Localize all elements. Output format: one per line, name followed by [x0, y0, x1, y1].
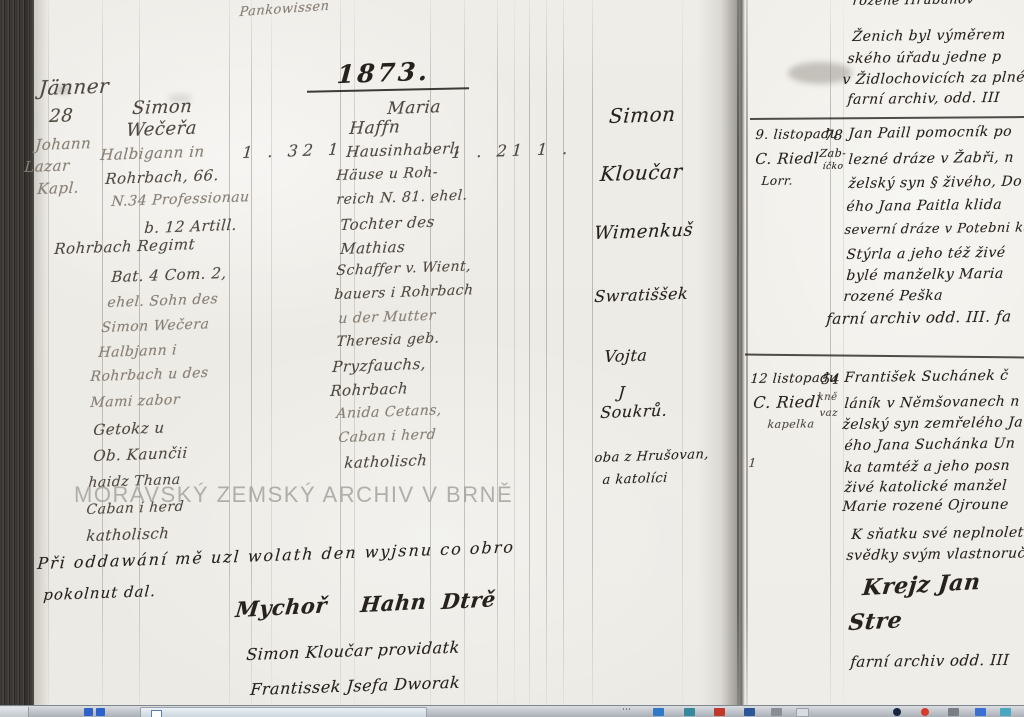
scanned-register-screenshot: Pankowissen 1873. Jänner 28 Johann Lazar…: [0, 0, 1024, 717]
tray-blue-icon[interactable]: [975, 708, 986, 716]
tray-circle-red-icon[interactable]: [921, 708, 929, 716]
open-window-task-button[interactable]: [140, 707, 427, 717]
tray-app-blue-icon[interactable]: [653, 708, 664, 716]
app-tile-icon: [84, 708, 93, 716]
entry-number: 54: [821, 372, 841, 388]
entry-text-line: ého Jana Suchánka Un: [844, 436, 1016, 454]
tray-app-red-icon[interactable]: [714, 708, 725, 716]
entry-text-line: želský syn zemřelého Ja: [842, 414, 1024, 433]
consent-line: svědky svým vlastnoručně: [846, 545, 1024, 564]
tray-circle-navy-icon[interactable]: [893, 708, 901, 716]
pinned-app-icon[interactable]: [84, 708, 108, 716]
margin-mark: 1: [748, 456, 757, 470]
archive-note: farní archiv odd. III: [850, 651, 1010, 671]
signature: Stre: [847, 607, 903, 636]
tray-gray-icon[interactable]: [948, 708, 959, 716]
taskbar-start-button[interactable]: [0, 707, 29, 717]
document-icon: [151, 710, 162, 717]
tray-app-navy-icon[interactable]: [744, 708, 755, 716]
archive-watermark: MORAVSKÝ ZEMSKÝ ARCHIV V BRNĚ: [74, 482, 513, 508]
signature: Krejz Jan: [861, 569, 982, 601]
consent-line: K sňatku své neplnoleté: [851, 524, 1024, 543]
tray-app-teal-icon[interactable]: [684, 708, 695, 716]
tray-app-gray-icon[interactable]: [771, 708, 782, 716]
tray-overflow-icon[interactable]: ⋯: [622, 705, 632, 715]
entry-text-line: Marie rozené Ojroune: [842, 497, 1010, 515]
taskbar[interactable]: ⋯: [0, 705, 1024, 717]
entry-side-note: kně: [817, 392, 838, 403]
entry-text-line: živé katolické manžel: [844, 478, 1008, 496]
right-page-entry2: 12 listopadu 54 C. Riedl kapelka kně vaz…: [0, 0, 1024, 717]
officiant-name: C. Riedl: [753, 392, 822, 412]
app-tile-icon: [96, 708, 105, 716]
entry-text-line: láník v Němšovanech n: [844, 394, 1021, 412]
entry-text-line: ka tamtéž a jeho posn: [844, 458, 1011, 476]
entry-side-note: vaz: [819, 408, 838, 419]
officiant-note: kapelka: [767, 417, 815, 431]
tray-teal-icon[interactable]: [1000, 708, 1011, 716]
entry-text-line: František Suchánek č: [844, 368, 1009, 386]
tray-file-icon[interactable]: [796, 708, 809, 717]
